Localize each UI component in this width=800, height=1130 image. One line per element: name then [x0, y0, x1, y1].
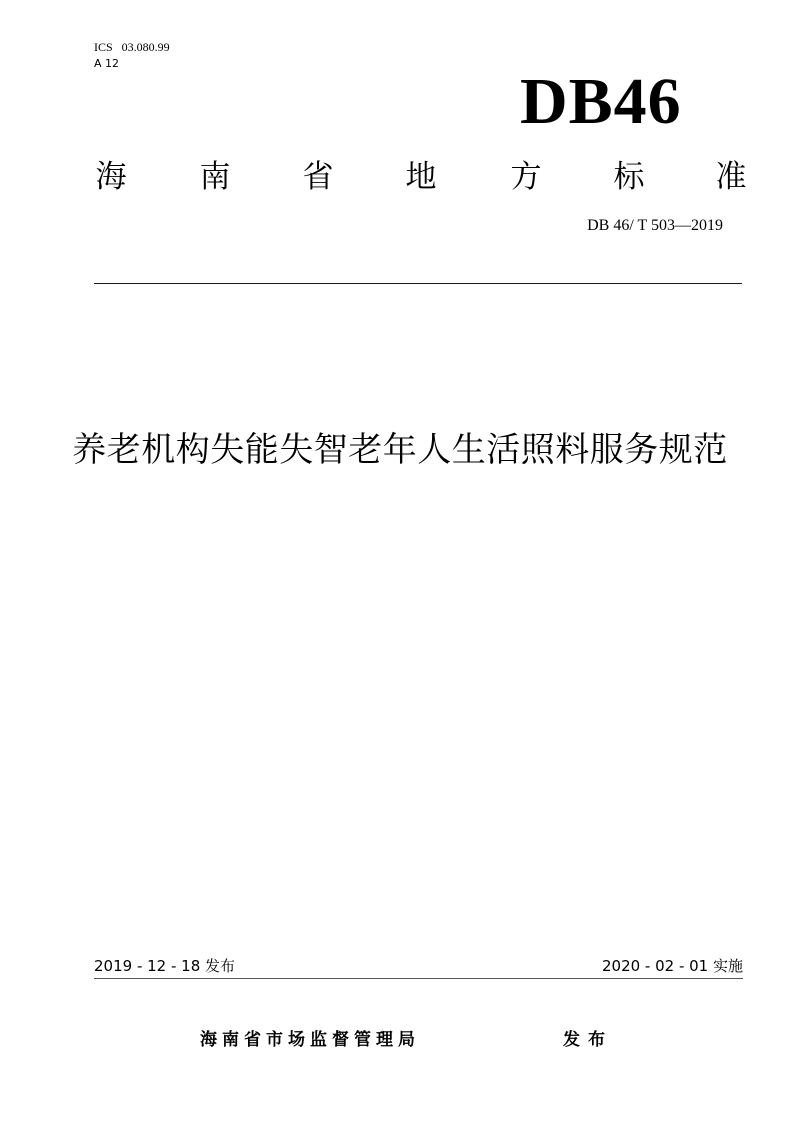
- dates-row: 2019 - 12 - 18 发布 2020 - 02 - 01 实施: [94, 956, 743, 979]
- standard-type-heading: 海 南 省 地 方 标 准: [94, 155, 754, 199]
- issuing-action: 发布: [563, 1028, 613, 1052]
- ccs-code: A 12: [94, 57, 119, 71]
- issuing-authority: 海南省市场监督管理局: [200, 1028, 420, 1052]
- ics-code: ICS 03.080.99: [94, 40, 170, 54]
- issue-date: 2019 - 12 - 18 发布: [94, 956, 235, 976]
- db-logo: DB46: [520, 64, 730, 140]
- document-title: 养老机构失能失智老年人生活照料服务规范: [40, 428, 760, 472]
- implementation-date: 2020 - 02 - 01 实施: [602, 956, 743, 976]
- standard-type-char: 省: [301, 155, 335, 199]
- standard-type-char: 地: [404, 155, 438, 199]
- standard-type-char: 标: [612, 155, 646, 199]
- standard-number: DB 46/ T 503—2019: [520, 216, 723, 236]
- standard-type-char: 方: [509, 155, 543, 199]
- standard-type-char: 海: [94, 155, 128, 199]
- header-divider: [94, 283, 742, 284]
- standard-type-char: 准: [714, 155, 748, 199]
- standard-type-char: 南: [198, 155, 232, 199]
